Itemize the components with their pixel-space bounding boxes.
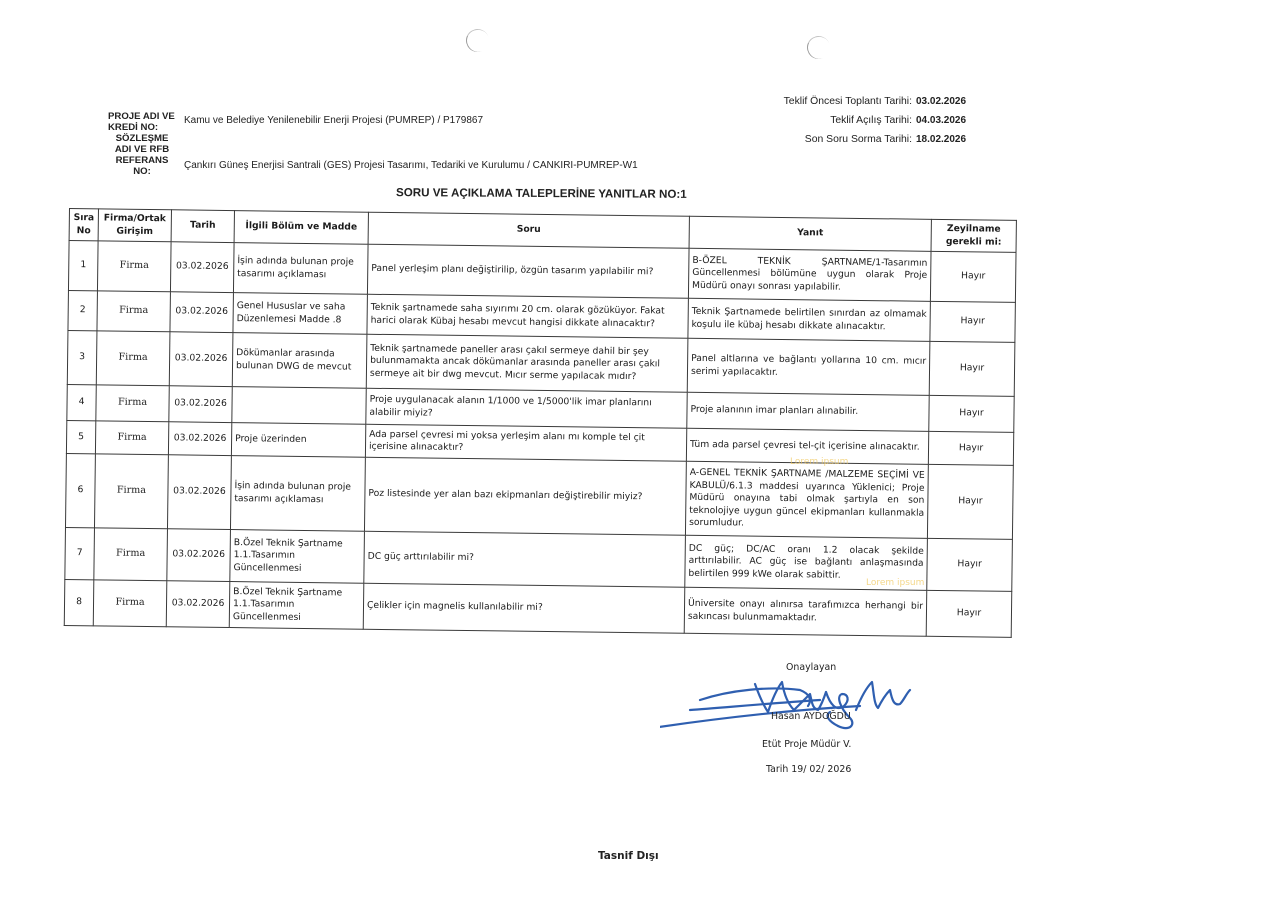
row-firma: Firma xyxy=(97,241,171,292)
row-bolum: İşin adında bulunan proje tasarımı açıkl… xyxy=(233,243,368,295)
row-firma: Firma xyxy=(95,421,168,455)
row-bolum: Proje üzerinden xyxy=(231,423,365,458)
row-zeyilname: Hayır xyxy=(929,341,1015,396)
watermark-text: Lorem ipsum xyxy=(866,578,924,588)
row-no: 3 xyxy=(67,330,97,384)
row-bolum xyxy=(232,387,366,425)
row-zeyilname: Hayır xyxy=(930,251,1016,302)
row-yanit: Panel altlarına ve bağlantı yollarına 10… xyxy=(687,338,930,395)
col-header-firma: Firma/Ortak Girişim xyxy=(98,209,171,242)
row-tarih: 03.02.2026 xyxy=(170,292,233,333)
row-yanit: Üniversite onayı alınırsa tarafımızca he… xyxy=(684,587,927,636)
row-no: 1 xyxy=(68,241,98,291)
qa-table: Sıra No Firma/Ortak Girişim Tarih İlgili… xyxy=(64,208,1017,638)
row-zeyilname: Hayır xyxy=(926,590,1012,637)
row-bolum: Genel Hususlar ve saha Düzenlemesi Madde… xyxy=(233,293,367,335)
row-tarih: 03.02.2026 xyxy=(168,422,231,456)
row-firma: Firma xyxy=(96,385,169,422)
row-yanit: Teknik Şartnamede belirtilen sınırdan az… xyxy=(688,298,930,341)
pre-bid-meeting-date: Teklif Öncesi Toplantı Tarihi:03.02.2026 xyxy=(784,96,988,107)
last-question-date: Son Soru Sorma Tarihi:18.02.2026 xyxy=(805,134,988,145)
col-header-bolum: İlgili Bölüm ve Madde xyxy=(234,211,368,245)
row-bolum: İşin adında bulunan proje tasarımı açıkl… xyxy=(230,456,365,532)
punch-hole-mark xyxy=(804,33,833,62)
col-header-no: Sıra No xyxy=(69,209,98,241)
row-tarih: 03.02.2026 xyxy=(170,242,234,293)
row-soru: Teknik şartnamede saha sıyırımı 20 cm. o… xyxy=(367,294,688,338)
watermark-text: Lorem ipsum xyxy=(790,457,848,467)
row-yanit: A-GENEL TEKNİK ŞARTNAME /MALZEME SEÇİMİ … xyxy=(685,461,928,538)
row-tarih: 03.02.2026 xyxy=(169,386,232,423)
row-no: 8 xyxy=(64,579,94,625)
contract-value: Çankırı Güneş Enerjisi Santrali (GES) Pr… xyxy=(184,160,638,171)
row-no: 6 xyxy=(65,453,95,527)
row-soru: Poz listesinde yer alan bazı ekipmanları… xyxy=(364,457,686,535)
row-soru: Proje uygulanacak alanın 1/1000 ve 1/500… xyxy=(366,388,687,428)
row-yanit: B-ÖZEL TEKNİK ŞARTNAME/1-Tasarımın Günce… xyxy=(688,248,931,301)
approver-name: Hasan AYDOĞDU xyxy=(771,711,851,722)
classification-footer: Tasnif Dışı xyxy=(598,850,659,862)
row-firma: Firma xyxy=(93,580,167,627)
approver-role: Etüt Proje Müdür V. xyxy=(762,739,851,750)
approval-date: Tarih 19/ 02/ 2026 xyxy=(766,764,851,775)
row-soru: DC güç arttırılabilir mi? xyxy=(364,531,686,587)
row-tarih: 03.02.2026 xyxy=(167,455,231,530)
row-no: 4 xyxy=(67,384,96,420)
row-zeyilname: Hayır xyxy=(930,301,1015,342)
document-title: SORU VE AÇIKLAMA TALEPLERİNE YANITLAR NO… xyxy=(396,186,687,201)
col-header-zeyilname: Zeyilname gerekli mi: xyxy=(931,219,1016,252)
row-soru: Teknik şartnamede paneller arası çakıl s… xyxy=(366,334,688,392)
row-tarih: 03.02.2026 xyxy=(167,529,231,582)
bid-opening-date: Teklif Açılış Tarihi:04.03.2026 xyxy=(830,115,988,126)
row-firma: Firma xyxy=(94,454,168,529)
row-soru: Panel yerleşim planı değiştirilip, özgün… xyxy=(367,244,689,298)
row-tarih: 03.02.2026 xyxy=(166,581,230,628)
punch-hole-mark xyxy=(463,26,492,55)
row-firma: Firma xyxy=(96,331,170,386)
project-value: Kamu ve Belediye Yenilenebilir Enerji Pr… xyxy=(184,115,483,126)
row-firma: Firma xyxy=(97,291,170,332)
row-bolum: B.Özel Teknik Şartname 1.1.Tasarımın Gün… xyxy=(230,530,365,584)
row-soru: Ada parsel çevresi mi yoksa yerleşim ala… xyxy=(365,424,686,461)
row-no: 7 xyxy=(65,527,95,579)
row-yanit: Proje alanının imar planları alınabilir. xyxy=(687,392,929,431)
row-zeyilname: Hayır xyxy=(927,464,1013,539)
row-no: 2 xyxy=(68,290,98,330)
table-row: 6 Firma 03.02.2026 İşin adında bulunan p… xyxy=(65,453,1013,539)
col-header-yanit: Yanıt xyxy=(689,216,931,251)
col-header-soru: Soru xyxy=(368,212,689,248)
project-label: PROJE ADI VE KREDİ NO: xyxy=(108,111,178,133)
row-zeyilname: Hayır xyxy=(928,431,1013,465)
col-header-tarih: Tarih xyxy=(171,210,234,243)
row-zeyilname: Hayır xyxy=(927,538,1013,591)
qa-table-container: Sıra No Firma/Ortak Girişim Tarih İlgili… xyxy=(64,208,1017,638)
row-zeyilname: Hayır xyxy=(929,395,1014,432)
row-no: 5 xyxy=(66,420,95,453)
row-bolum: B.Özel Teknik Şartname 1.1.Tasarımın Gün… xyxy=(229,582,364,630)
row-firma: Firma xyxy=(94,528,168,581)
contract-label: SÖZLEŞME ADI VE RFB REFERANS NO: xyxy=(112,133,172,177)
row-bolum: Dökümanlar arasında bulunan DWG de mevcu… xyxy=(232,333,367,389)
row-tarih: 03.02.2026 xyxy=(169,332,233,387)
row-soru: Çelikler için magnelis kullanılabilir mi… xyxy=(363,583,685,633)
